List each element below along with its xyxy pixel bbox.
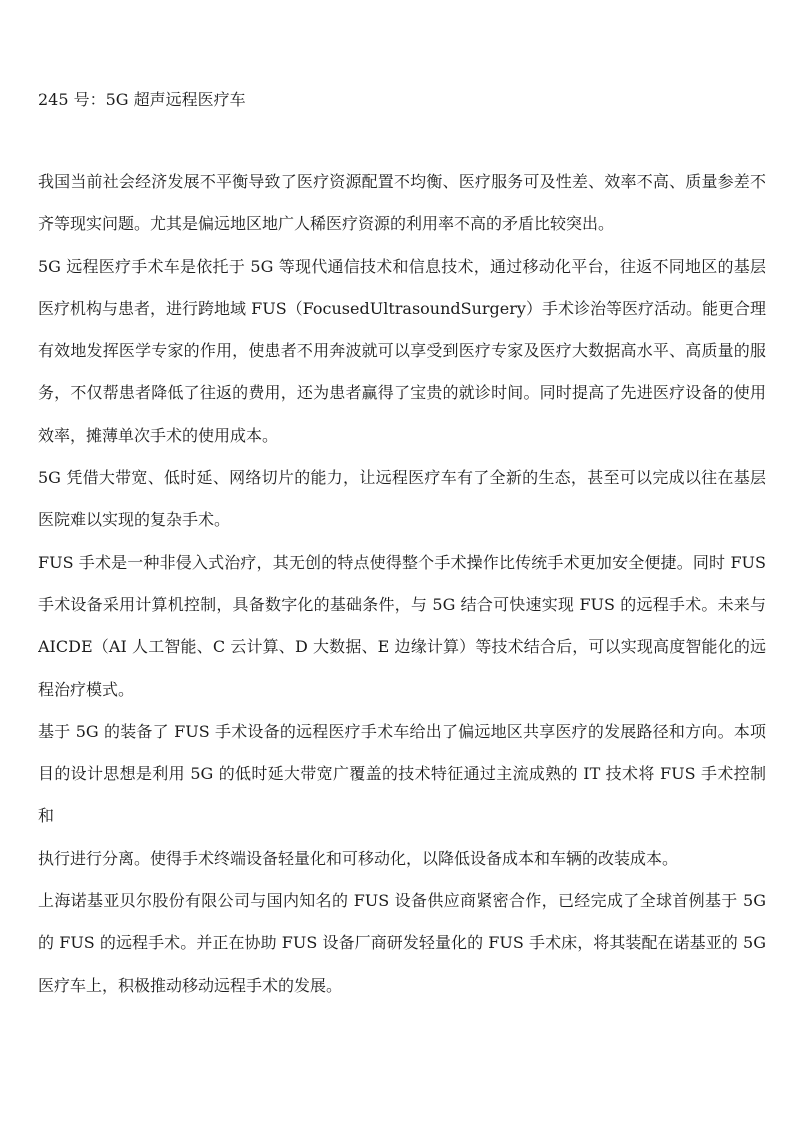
text-line: 务，不仅帮患者降低了往返的费用，还为患者赢得了宝贵的就诊时间。同时提高了先进医疗… (38, 372, 766, 414)
text-line: 效率，摊薄单次手术的使用成本。 (38, 415, 766, 457)
paragraph: 5G 凭借大带宽、低时延、网络切片的能力，让远程医疗车有了全新的生态，甚至可以完… (38, 457, 766, 542)
text-line: 目的设计思想是利用 5G 的低时延大带宽广覆盖的技术特征通过主流成熟的 IT 技… (38, 753, 766, 838)
text-line: 我国当前社会经济发展不平衡导致了医疗资源配置不均衡、医疗服务可及性差、效率不高、… (38, 161, 766, 203)
text-line: 医疗车上，积极推动移动远程手术的发展。 (38, 965, 766, 1007)
text-line: 5G 远程医疗手术车是依托于 5G 等现代通信技术和信息技术，通过移动化平台，往… (38, 246, 766, 288)
paragraph: 5G 远程医疗手术车是依托于 5G 等现代通信技术和信息技术，通过移动化平台，往… (38, 246, 766, 457)
paragraph: FUS 手术是一种非侵入式治疗，其无创的特点使得整个手术操作比传统手术更加安全便… (38, 542, 766, 711)
text-line: 有效地发挥医学专家的作用，使患者不用奔波就可以享受到医疗专家及医疗大数据高水平、… (38, 330, 766, 372)
text-line: 的 FUS 的远程手术。并正在协助 FUS 设备厂商研发轻量化的 FUS 手术床… (38, 922, 766, 964)
text-line: 医院难以实现的复杂手术。 (38, 499, 766, 541)
document-title: 245 号：5G 超声远程医疗车 (38, 78, 766, 121)
paragraph: 上海诺基亚贝尔股份有限公司与国内知名的 FUS 设备供应商紧密合作，已经完成了全… (38, 880, 766, 1007)
text-line: 基于 5G 的装备了 FUS 手术设备的远程医疗手术车给出了偏远地区共享医疗的发… (38, 711, 766, 753)
text-line: 执行进行分离。使得手术终端设备轻量化和可移动化，以降低设备成本和车辆的改装成本。 (38, 838, 766, 880)
text-line: AICDE（AI 人工智能、C 云计算、D 大数据、E 边缘计算）等技术结合后，… (38, 626, 766, 668)
text-line: 齐等现实问题。尤其是偏远地区地广人稀医疗资源的利用率不高的矛盾比较突出。 (38, 203, 766, 245)
paragraph: 我国当前社会经济发展不平衡导致了医疗资源配置不均衡、医疗服务可及性差、效率不高、… (38, 161, 766, 246)
text-line: 程治疗模式。 (38, 669, 766, 711)
text-line: 5G 凭借大带宽、低时延、网络切片的能力，让远程医疗车有了全新的生态，甚至可以完… (38, 457, 766, 499)
text-line: FUS 手术是一种非侵入式治疗，其无创的特点使得整个手术操作比传统手术更加安全便… (38, 542, 766, 584)
document-body: 我国当前社会经济发展不平衡导致了医疗资源配置不均衡、医疗服务可及性差、效率不高、… (38, 161, 766, 1007)
text-line: 上海诺基亚贝尔股份有限公司与国内知名的 FUS 设备供应商紧密合作，已经完成了全… (38, 880, 766, 922)
text-line: 医疗机构与患者，进行跨地域 FUS（FocusedUltrasoundSurge… (38, 288, 766, 330)
paragraph: 基于 5G 的装备了 FUS 手术设备的远程医疗手术车给出了偏远地区共享医疗的发… (38, 711, 766, 880)
text-line: 手术设备采用计算机控制，具备数字化的基础条件，与 5G 结合可快速实现 FUS … (38, 584, 766, 626)
document-page: 245 号：5G 超声远程医疗车 我国当前社会经济发展不平衡导致了医疗资源配置不… (0, 0, 800, 1131)
